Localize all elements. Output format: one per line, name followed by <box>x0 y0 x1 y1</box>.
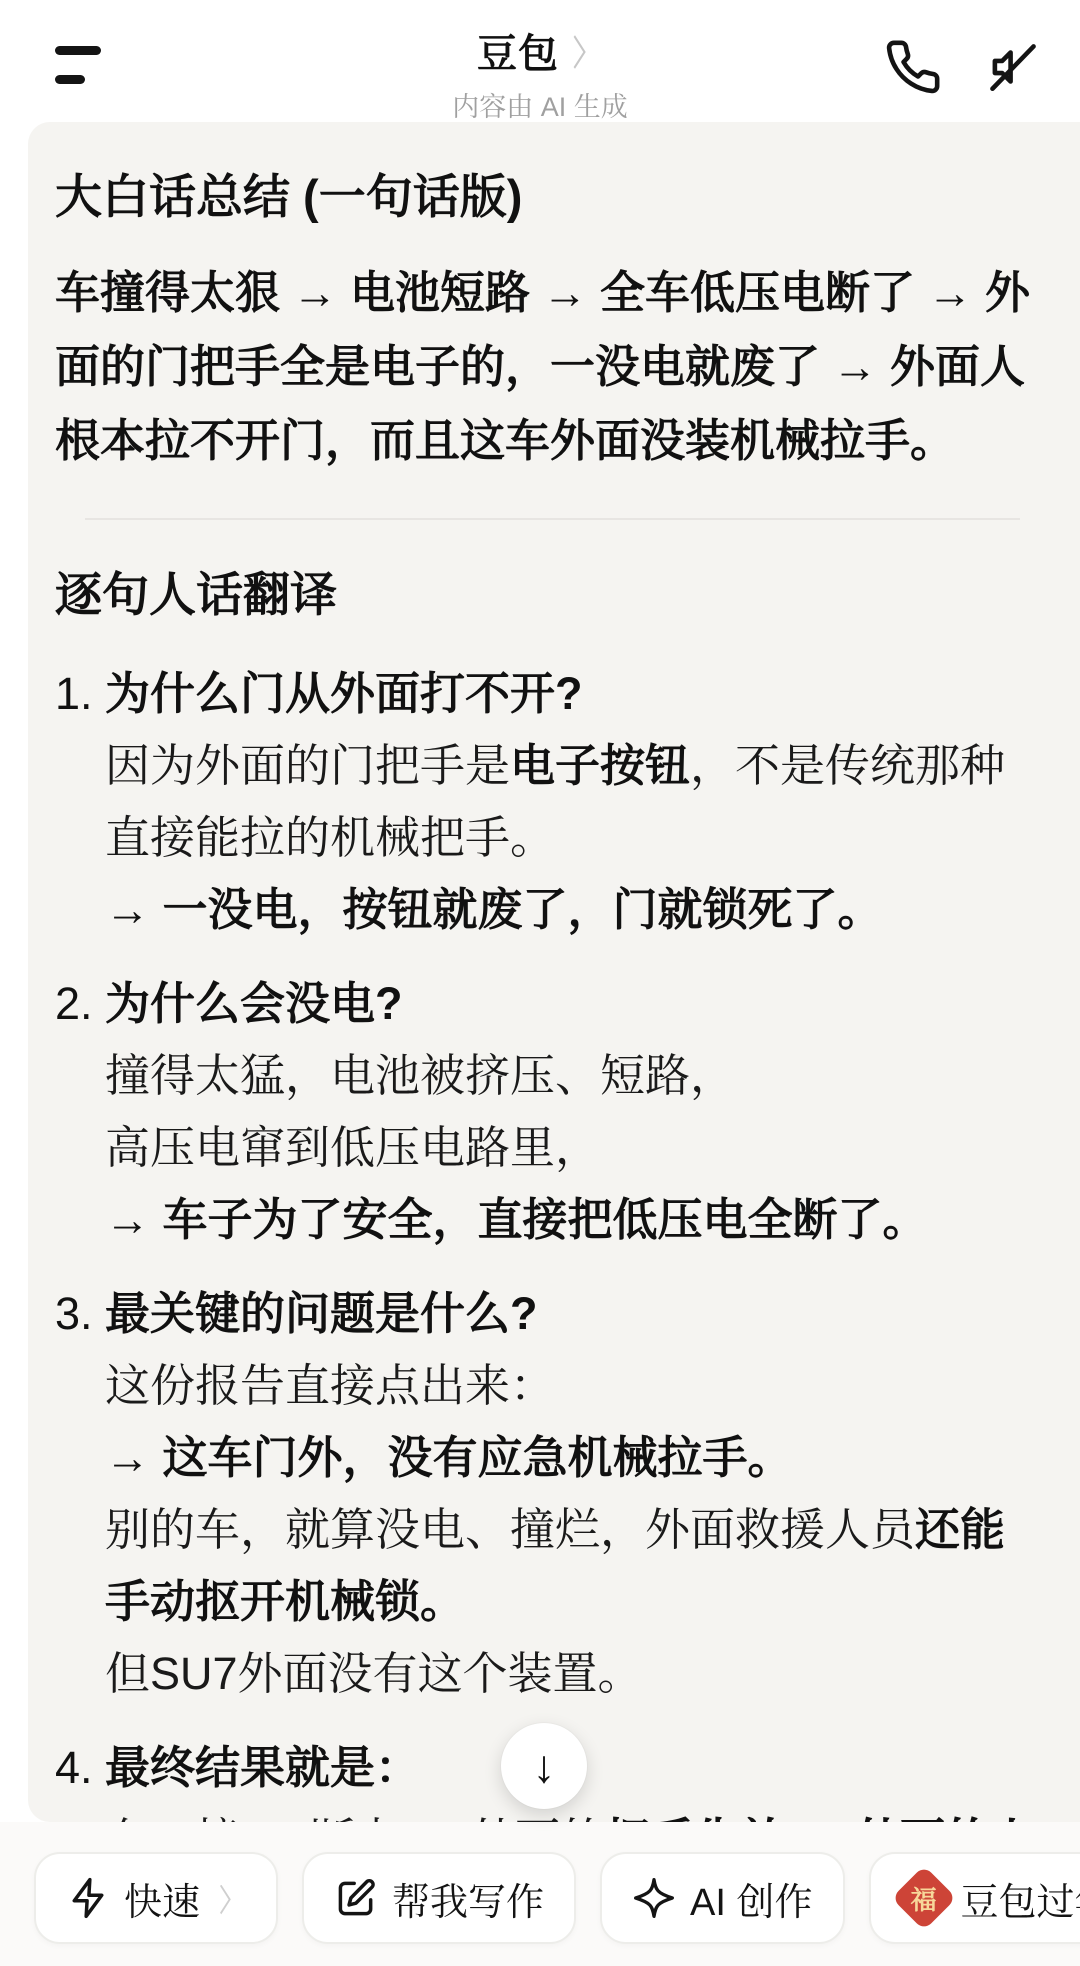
summary-paragraph: 车撞得太狠 → 电池短路 → 全车低压电断了 → 外面的门把手全是电子的，一没电… <box>55 256 1050 478</box>
translation-heading: 逐句人话翻译 <box>55 560 1050 630</box>
quick-mode-button[interactable]: 快速 〉 <box>34 1852 278 1944</box>
help-me-write-button[interactable]: 帮我写作 <box>302 1852 576 1944</box>
lightning-icon <box>66 1876 110 1920</box>
doubao-newyear-button[interactable]: 福 豆包过年 <box>869 1852 1080 1944</box>
scroll-to-bottom-button[interactable]: ↓ <box>501 1723 587 1809</box>
qa-item-number: 3. <box>55 1278 105 1710</box>
phone-call-icon[interactable] <box>884 38 942 96</box>
qa-item: 1.为什么门从外面打不开?因为外面的门把手是电子按钮，不是传统那种直接能拉的机械… <box>55 658 1050 946</box>
top-bar: 豆包〉 内容由 AI 生成 <box>0 0 1080 122</box>
qa-item-text: 因为外面的门把手是电子按钮，不是传统那种直接能拉的机械把手。→ 一没电，按钮就废… <box>105 730 1050 946</box>
section-divider <box>85 518 1020 520</box>
help-me-write-label: 帮我写作 <box>392 1871 544 1926</box>
qa-item-number: 2. <box>55 968 105 1256</box>
summary-heading: 大白话总结 (一句话版) <box>55 162 1050 232</box>
doubao-newyear-label: 豆包过年 <box>961 1871 1080 1926</box>
ai-create-label: AI 创作 <box>690 1871 812 1926</box>
qa-item-number: 4. <box>55 1732 105 1822</box>
qa-item-title: 最关键的问题是什么? <box>105 1278 1050 1350</box>
qa-list: 1.为什么门从外面打不开?因为外面的门把手是电子按钮，不是传统那种直接能拉的机械… <box>55 658 1050 1822</box>
qa-item-title: 为什么门从外面打不开? <box>105 658 1050 730</box>
chevron-right-icon: 〉 <box>220 1876 243 1920</box>
quick-mode-label: 快速 <box>124 1871 200 1926</box>
sparkle-icon <box>632 1876 676 1920</box>
chevron-right-icon: 〉 <box>573 26 599 75</box>
qa-item: 3.最关键的问题是什么?这份报告直接点出来：→ 这车门外，没有应急机械拉手。别的… <box>55 1278 1050 1710</box>
ai-create-button[interactable]: AI 创作 <box>600 1852 844 1944</box>
qa-item-number: 1. <box>55 658 105 946</box>
page-title: 豆包 <box>477 22 559 79</box>
bottom-toolbar: 快速 〉 帮我写作 AI 创作 福 豆包过年 <box>0 1822 1080 1966</box>
arrow-down-icon: ↓ <box>533 1743 556 1789</box>
qa-item-title: 为什么会没电? <box>105 968 1050 1040</box>
ai-answer-card: 大白话总结 (一句话版) 车撞得太狠 → 电池短路 → 全车低压电断了 → 外面… <box>28 122 1080 1822</box>
qa-item-text: 撞得太猛，电池被挤压、短路，高压电窜到低压电路里，→ 车子为了安全，直接把低压电… <box>105 1040 1050 1256</box>
mute-speaker-icon[interactable] <box>984 38 1042 96</box>
qa-item-text: 车一撞 → 断电 → 外面的把手失效 → 外面的人救不了里面的人 <box>105 1804 1050 1822</box>
qa-item: 2.为什么会没电?撞得太猛，电池被挤压、短路，高压电窜到低压电路里，→ 车子为了… <box>55 968 1050 1256</box>
fu-newyear-badge-icon: 福 <box>891 1865 956 1930</box>
qa-item-text: 这份报告直接点出来：→ 这车门外，没有应急机械拉手。别的车，就算没电、撞烂，外面… <box>105 1350 1050 1710</box>
compose-icon <box>334 1876 378 1920</box>
